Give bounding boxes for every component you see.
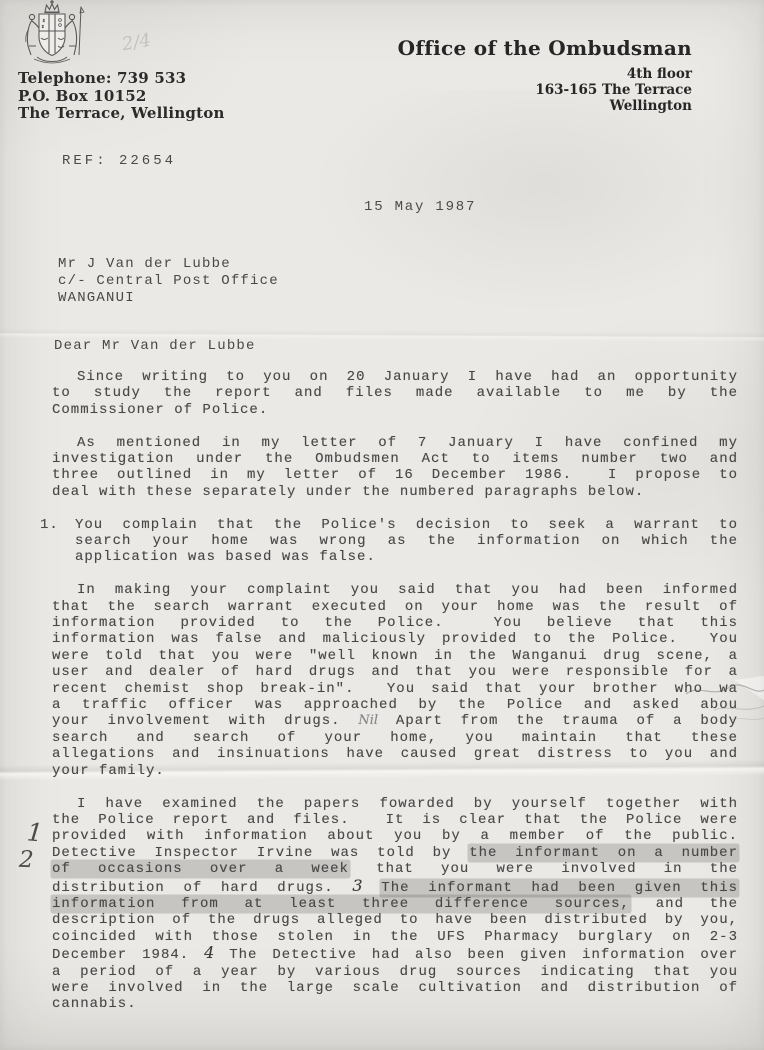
- letterhead-pobox: P.O. Box 10152: [18, 88, 225, 106]
- paper-wrinkle: [280, 90, 760, 330]
- body-line: to study the report and files made avail…: [52, 385, 738, 401]
- body-line: the Police report and files. It is clear…: [52, 812, 738, 828]
- scanned-letter-page: 2/4 Telephone: 739 533 P.O. Box 10152 Th…: [0, 0, 764, 1050]
- body-line: your family.: [52, 763, 738, 779]
- body-line: a period of a year by various drug sourc…: [52, 964, 738, 980]
- body-line: search and search of your home, you main…: [52, 730, 738, 746]
- office-floor: 4th floor: [398, 66, 692, 82]
- body-line: were involved in the large scale cultiva…: [52, 980, 738, 996]
- body-line: search your home was wrong as the inform…: [52, 533, 738, 549]
- office-city: Wellington: [398, 98, 692, 114]
- handwritten-number: 4: [204, 943, 214, 962]
- letterhead-contact-block: Telephone: 739 533 P.O. Box 10152 The Te…: [18, 70, 225, 123]
- body-line: recent chemist shop break-in". You said …: [52, 681, 738, 697]
- letterhead-telephone: Telephone: 739 533: [18, 70, 225, 88]
- body-line: December 1984. 4 The Detective had also …: [52, 945, 738, 963]
- highlighted-text: of occasions over a week: [52, 861, 349, 877]
- handwritten-number: 3: [352, 876, 362, 895]
- reference-number: REF: 22654: [62, 153, 176, 169]
- body-line: As mentioned in my letter of 7 January I…: [52, 435, 738, 451]
- body-line: information was false and maliciously pr…: [52, 631, 738, 647]
- body-line: your involvement with drugs. Nil Apart f…: [52, 713, 738, 729]
- recipient-street: c/- Central Post Office: [58, 273, 279, 290]
- body-line: application was based was false.: [52, 549, 738, 565]
- office-title: Office of the Ombudsman: [398, 36, 692, 60]
- paragraph: Since writing to you on 20 January I hav…: [52, 369, 738, 418]
- body-line: information from at least three differen…: [52, 896, 738, 912]
- body-line: of occasions over a week that you were i…: [52, 861, 738, 877]
- office-address: 163-165 The Terrace: [398, 82, 692, 98]
- letterhead-office-block: Office of the Ombudsman 4th floor 163-16…: [398, 36, 692, 114]
- body-line: were told that you were "well known in t…: [52, 648, 738, 664]
- salutation: Dear Mr Van der Lubbe: [54, 338, 256, 354]
- paragraph: In making your complaint you said that y…: [52, 582, 738, 779]
- letter-body: Since writing to you on 20 January I hav…: [52, 369, 738, 1013]
- highlighted-text: the informant on a number: [469, 845, 738, 861]
- recipient-city: WANGANUI: [58, 290, 279, 307]
- body-line: Since writing to you on 20 January I hav…: [52, 369, 738, 385]
- body-line: provided with information about you by a…: [52, 828, 738, 844]
- body-line: Commissioner of Police.: [52, 402, 738, 418]
- body-line: investigation under the Ombudsmen Act to…: [52, 451, 738, 467]
- paragraph: I have examined the papers fowarded by y…: [52, 796, 738, 1013]
- body-line: Detective Inspector Irvine was told by t…: [52, 845, 738, 861]
- body-line: You complain that the Police's decision …: [52, 517, 738, 533]
- nz-coat-of-arms-icon: [8, 0, 96, 75]
- pencil-scribble: 2/4: [120, 30, 152, 56]
- item-number: 1.: [40, 517, 59, 533]
- body-line: allegations and insinuations have caused…: [52, 746, 738, 762]
- handwritten-margin-mark-1: 1: [26, 817, 44, 847]
- paragraph: 1.You complain that the Police's decisio…: [52, 517, 738, 566]
- paragraph: As mentioned in my letter of 7 January I…: [52, 435, 738, 501]
- recipient-name: Mr J Van der Lubbe: [58, 256, 279, 273]
- letter-date: 15 May 1987: [364, 199, 476, 215]
- letterhead-street: The Terrace, Wellington: [18, 105, 225, 123]
- handwritten-margin-mark-2: 2: [19, 847, 35, 873]
- body-line: user and dealer of hard drugs and that y…: [52, 664, 738, 680]
- body-line: In making your complaint you said that y…: [52, 582, 738, 598]
- body-line: distribution of hard drugs. 3 The inform…: [52, 878, 738, 896]
- highlighted-text: The informant had been given this: [381, 880, 738, 896]
- body-line: deal with these separately under the num…: [52, 484, 738, 500]
- recipient-address: Mr J Van der Lubbe c/- Central Post Offi…: [58, 256, 279, 307]
- body-line: that the search warrant executed on your…: [52, 599, 738, 615]
- body-line: coincided with those stolen in the UFS P…: [52, 929, 738, 945]
- highlighted-text: information from at least three differen…: [52, 896, 630, 912]
- paper-tear: [684, 676, 764, 733]
- body-line: information provided to the Police. You …: [52, 615, 738, 631]
- body-line: description of the drugs alleged to have…: [52, 912, 738, 928]
- body-line: cannabis.: [52, 996, 738, 1012]
- body-line: I have examined the papers fowarded by y…: [52, 796, 738, 812]
- body-line: a traffic officer was approached by the …: [52, 697, 738, 713]
- body-line: three outlined in my letter of 16 Decemb…: [52, 467, 738, 483]
- pencil-note: Nil: [358, 713, 378, 728]
